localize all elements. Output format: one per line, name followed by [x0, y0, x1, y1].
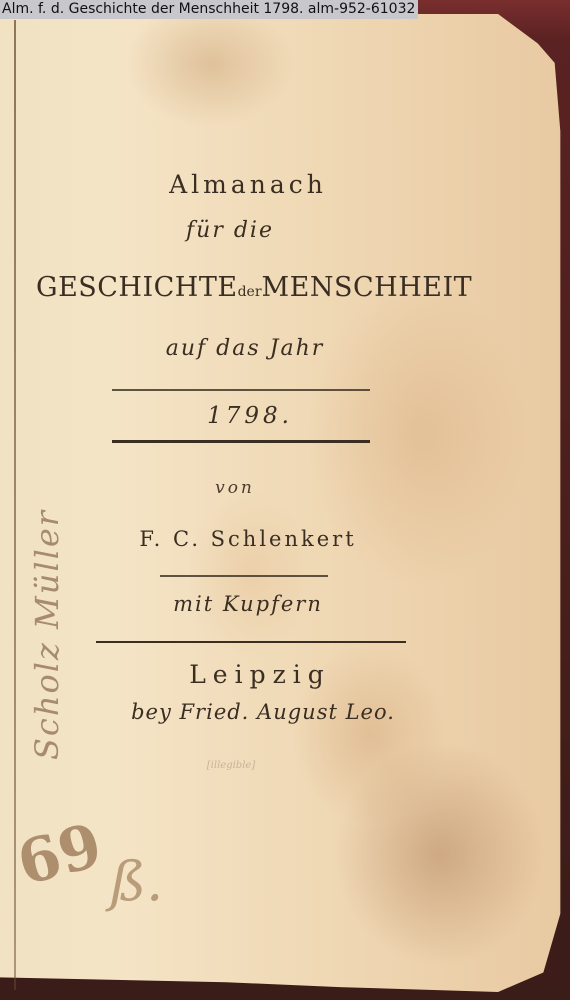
faint-pencil-note: [illegible] [176, 760, 286, 771]
divider-rule [160, 575, 328, 577]
title-almanach: Almanach [148, 170, 348, 199]
title-von: von [190, 478, 280, 498]
main-title-der: der [238, 284, 262, 300]
ink-mark-bottom-right: ß. [110, 850, 163, 913]
title-fuer-die: für die [170, 218, 290, 243]
title-auf-das-jahr: auf das Jahr [140, 336, 350, 361]
title-year: 1798. [190, 403, 310, 429]
illustrations-note: mit Kupfern [128, 592, 368, 616]
main-title-geschichte: GESCHICHTE [36, 272, 238, 303]
divider-rule [112, 389, 370, 391]
image-caption: Alm. f. d. Geschichte der Menschheit 179… [0, 0, 418, 19]
margin-handwriting: Scholz Müller [28, 509, 66, 760]
divider-rule [96, 641, 406, 643]
publication-place: Leipzig [160, 660, 360, 689]
divider-rule [112, 440, 370, 443]
publisher: bey Fried. August Leo. [98, 700, 428, 724]
main-title-menschheit: MENSCHHEIT [262, 272, 473, 303]
main-title: GESCHICHTEderMENSCHHEIT [36, 272, 456, 303]
author-name: F. C. Schlenkert [118, 527, 378, 551]
